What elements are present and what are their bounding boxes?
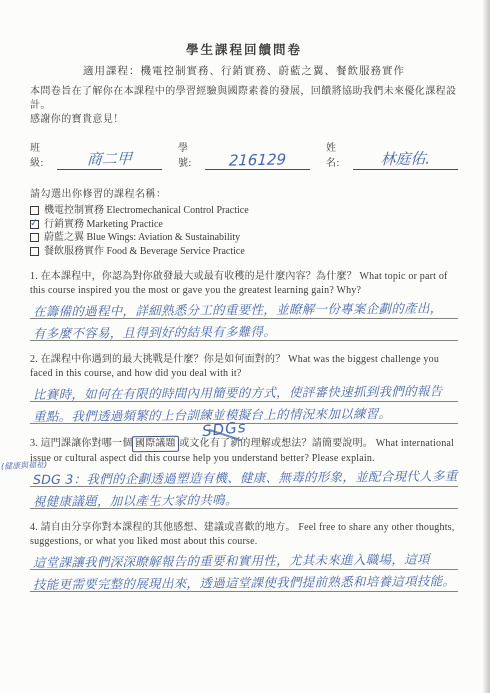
question-4-zh: 4. 請自由分享你對本課程的其他感想、建議或喜歡的地方。 [30,522,296,533]
page-title: 學生課程回饋問卷 [30,40,458,58]
course-option-food-beverage: 餐飲服務實作 Food & Beverage Service Practice [30,245,458,259]
course-option-blue-wings: 蔚藍之翼 Blue Wings: Aviation & Sustainabili… [30,231,458,245]
class-blank-line: 商二甲 [57,149,162,170]
question-1-text: 1. 在本課程中，你認為對你啟發最大或最有收穫的是什麼內容？為什麼？ What … [30,270,458,297]
question-3: SDGs (健康與福祉) 3. 這門課讓你對哪一個國際議題或文化有了新的理解或想… [30,436,458,509]
intro-paragraph: 本問卷旨在了解你在本課程中的學習經驗與國際素養的發展，回饋將協助我們未來優化課程… [30,85,458,127]
name-handwritten-value: 林庭佑. [353,147,459,170]
checkbox-unchecked-icon [30,206,39,215]
question-1-zh: 1. 在本課程中，你認為對你啟發最大或最有收穫的是什麼內容？為什麼？ [30,271,357,282]
course-select-prompt: 請勾選出你修習的課程名稱： [30,185,458,200]
intro-text: 本問卷旨在了解你在本課程中的學習經驗與國際素養的發展，回饋將協助我們未來優化課程… [30,86,456,111]
question-4-answer-line-1: 這堂課讓我們深深瞭解報告的重要和實用性，尤其未來進入職場，這項 [33,550,430,571]
question-1: 1. 在本課程中，你認為對你啟發最大或最有收穫的是什麼內容？為什麼？ What … [30,270,458,341]
applicable-courses: 適用課程：機電控制實務、行銷實務、蔚藍之翼、餐飲服務實作 [30,63,458,78]
question-3-answer-line-1: SDG 3：我們的企劃透過塑造有機、健康、無毒的形象，並配合現代人多重 [33,466,458,488]
question-3-zh-pre: 3. 這門課讓你對哪一個 [30,438,132,449]
course-option-label: 機電控制實務 Electromechanical Control Practic… [44,204,249,218]
checkmark-icon: ✓ [29,216,39,231]
course-option-marketing: ✓ 行銷實務 Marketing Practice [30,218,458,232]
question-2-answer-line-1: 比賽時，如何在有限的時間內用簡要的方式，使評審快速抓到我們的報告 [33,381,443,403]
checkbox-unchecked-icon [30,233,39,242]
course-option-label: 行銷實務 Marketing Practice [44,218,163,232]
answer-line: 比賽時，如何在有限的時間內用簡要的方式，使評審快速抓到我們的報告 [30,380,458,402]
scan-edge [482,0,490,693]
course-option-electromechanical: 機電控制實務 Electromechanical Control Practic… [30,204,458,218]
answer-line: 這堂課讓我們深深瞭解報告的重要和實用性，尤其未來進入職場，這項 [30,548,458,570]
name-blank-line: 林庭佑. [353,149,458,170]
questionnaire-page: 學生課程回饋問卷 適用課程：機電控制實務、行銷實務、蔚藍之翼、餐飲服務實作 本問… [0,0,490,693]
question-4: 4. 請自由分享你對本課程的其他感想、建議或喜歡的地方。 Feel free t… [30,521,458,592]
question-4-answer-line-2: 技能更需要完整的展現出來，透過這堂課使我們提前熟悉和培養這項技能。 [33,571,456,593]
course-option-label: 蔚藍之翼 Blue Wings: Aviation & Sustainabili… [44,231,240,245]
question-4-text: 4. 請自由分享你對本課程的其他感想、建議或喜歡的地方。 Feel free t… [30,521,458,548]
question-1-answer-line-2: 有多麼不容易，且得到好的結果有多難得。 [33,322,276,342]
question-3-answer-line-2: 視健康議題，加以產生大家的共鳴。 [33,490,238,510]
answer-line: 視健康議題，加以產生大家的共鳴。 [30,487,458,509]
student-id-field: 學號: 216129 [178,139,310,170]
question-3-text: 3. 這門課讓你對哪一個國際議題或文化有了新的理解或想法？請簡要說明。 What… [30,436,458,465]
question-1-answer-line-1: 在籌備的過程中，詳細熟悉分工的重要性，並瞭解一份專案企劃的產出， [33,298,443,320]
student-info-row: 班級: 商二甲 學號: 216129 姓名: 林庭佑. [30,139,458,170]
class-handwritten-value: 商二甲 [57,147,163,170]
class-label: 班級: [30,139,53,170]
answer-line: 有多麼不容易，且得到好的結果有多難得。 [30,319,458,341]
answer-line: SDG 3：我們的企劃透過塑造有機、健康、無毒的形象，並配合現代人多重 [30,465,458,487]
checkbox-unchecked-icon [30,247,39,256]
question-2: 2. 在課程中你遇到的最大挑戰是什麼？你是如何面對的？ What was the… [30,353,458,424]
student-id-handwritten-value: 216129 [205,150,311,170]
course-option-label: 餐飲服務實作 Food & Beverage Service Practice [44,245,245,259]
checkbox-checked-icon: ✓ [30,220,39,229]
name-field: 姓名: 林庭佑. [326,139,458,170]
question-2-text: 2. 在課程中你遇到的最大挑戰是什麼？你是如何面對的？ What was the… [30,353,458,380]
answer-line: 在籌備的過程中，詳細熟悉分工的重要性，並瞭解一份專案企劃的產出， [30,297,458,319]
class-field: 班級: 商二甲 [30,139,162,170]
thanks-text: 感謝你的寶貴意見！ [30,114,124,125]
circled-phrase: 國際議題 [132,436,179,452]
question-2-zh: 2. 在課程中你遇到的最大挑戰是什麼？你是如何面對的？ [30,354,285,365]
course-option-list: 機電控制實務 Electromechanical Control Practic… [30,204,458,258]
answer-line: 技能更需要完整的展現出來，透過這堂課使我們提前熟悉和培養這項技能。 [30,570,458,592]
student-id-blank-line: 216129 [205,149,310,170]
name-label: 姓名: [326,139,349,170]
student-id-label: 學號: [178,139,201,170]
